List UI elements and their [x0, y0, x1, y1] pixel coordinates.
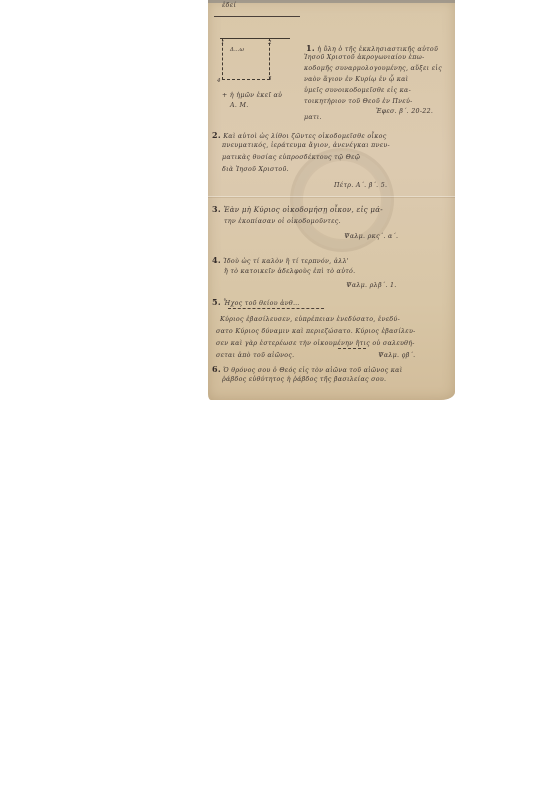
diagram-corner-1: 1 — [221, 40, 225, 46]
entry-3-reference: Ψαλμ. ρκς΄. α΄. — [344, 233, 398, 240]
entry-6-line: ῥάβδος εὐθύτητος ἡ ῥάβδος τῆς βασιλείας … — [222, 376, 386, 383]
entry-2-line: 2. Καὶ αὐτοὶ ὡς λίθοι ζῶντες οἰκοδομεῖσθ… — [212, 130, 387, 140]
entry-5-heading: 5. Ἦχος τοῦ θείου ἀνθ… — [212, 297, 300, 307]
entry-2-line: πνευματικός, ἱεράτευμα ἅγιον, ἀνενέγκαι … — [222, 142, 390, 149]
entry-5-line: σεν καὶ γὰρ ἐστερέωσε τὴν οἰκουμένην ἥτι… — [216, 340, 415, 347]
entry-1-line: κοδομῆς συναρμολογουμένης, αὔξει εἰς — [304, 65, 442, 72]
diagram-corner-4: 4 — [217, 78, 221, 84]
entry-3-line: 3. Ἐὰν μὴ Κύριος οἰκοδομήσῃ οἶκον, εἰς μ… — [212, 204, 383, 214]
entry-5-line: σεται ἀπὸ τοῦ αἰῶνος. — [216, 352, 294, 359]
entry-4-line: ἢ τὸ κατοικεῖν ἀδελφοὺς ἐπὶ τὸ αὐτό. — [224, 268, 355, 275]
entry-1-line: Ἰησοῦ Χριστοῦ ἀκρογωνιαίου ἐπω- — [304, 54, 425, 61]
diagram-square — [222, 38, 270, 80]
entry-5-heading-underline — [228, 308, 324, 309]
manuscript-page: ἐδεί Δ…ω 1 2 4 3 + ἡ ἡμῶν ἐκεῖ αὐ Α. Μ. … — [208, 0, 455, 400]
diagram-corner-2: 2 — [268, 40, 272, 46]
entry-5-line: Κύριος ἐβασίλευσεν, εὐπρέπειαν ἐνεδύσατο… — [220, 316, 400, 323]
entry-4-reference: Ψαλμ. ρλβ΄. 1. — [346, 282, 397, 289]
entry-2-line: διὰ Ἰησοῦ Χριστοῦ. — [222, 166, 289, 173]
entry-4-line: 4. Ἰδοὺ ὡς τί καλὸν ἢ τί τερπνόν, ἀλλ' — [212, 255, 349, 265]
entry-5-line: σατο Κύριος δύναμιν καὶ περιεζώσατο. Κύρ… — [216, 328, 416, 335]
entry-2-reference: Πέτρ. Α΄. β΄. 5. — [334, 182, 387, 189]
entry-1-line: ματι. — [304, 114, 322, 121]
entry-2-line: ματικὰς θυσίας εὐπροσδέκτους τῷ Θεῷ — [222, 154, 360, 161]
diagram-note-2: Α. Μ. — [230, 102, 249, 109]
diagram-heading: ἐδεί — [222, 2, 236, 9]
entry-5-reference: Ψαλμ. ϙβ΄. — [378, 352, 415, 359]
diagram-corner-3: 3 — [268, 76, 272, 82]
entry-1-reference: Ἐφεσ. β΄. 20-22. — [376, 108, 433, 115]
entry-6-line: 6. Ὁ θρόνος σου ὁ Θεός εἰς τὸν αἰῶνα τοῦ… — [212, 364, 402, 374]
entry-1-line: τοικητήριον τοῦ Θεοῦ ἐν Πνεύ- — [304, 98, 413, 105]
entry-5-word-underline — [338, 348, 366, 349]
diagram-note-1: + ἡ ἡμῶν ἐκεῖ αὐ — [222, 92, 282, 99]
paper-fold-line — [208, 196, 455, 197]
entry-1-line: ναὸν ἅγιον ἐν Κυρίῳ ἐν ᾧ καὶ — [304, 76, 408, 83]
diagram-inner-label: Δ…ω — [230, 47, 244, 53]
entry-1-line: ὑμεῖς συνοικοδομεῖσθε εἰς κα- — [304, 87, 411, 94]
entry-1-line: 1. ἡ ὕλη ὁ τῆς ἐκκλησιαστικῆς αὐτοῦ — [306, 43, 438, 53]
top-rule — [214, 16, 300, 17]
entry-3-line: την ἐκοπίασαν οἱ οἰκοδομοῦντες. — [224, 218, 341, 225]
